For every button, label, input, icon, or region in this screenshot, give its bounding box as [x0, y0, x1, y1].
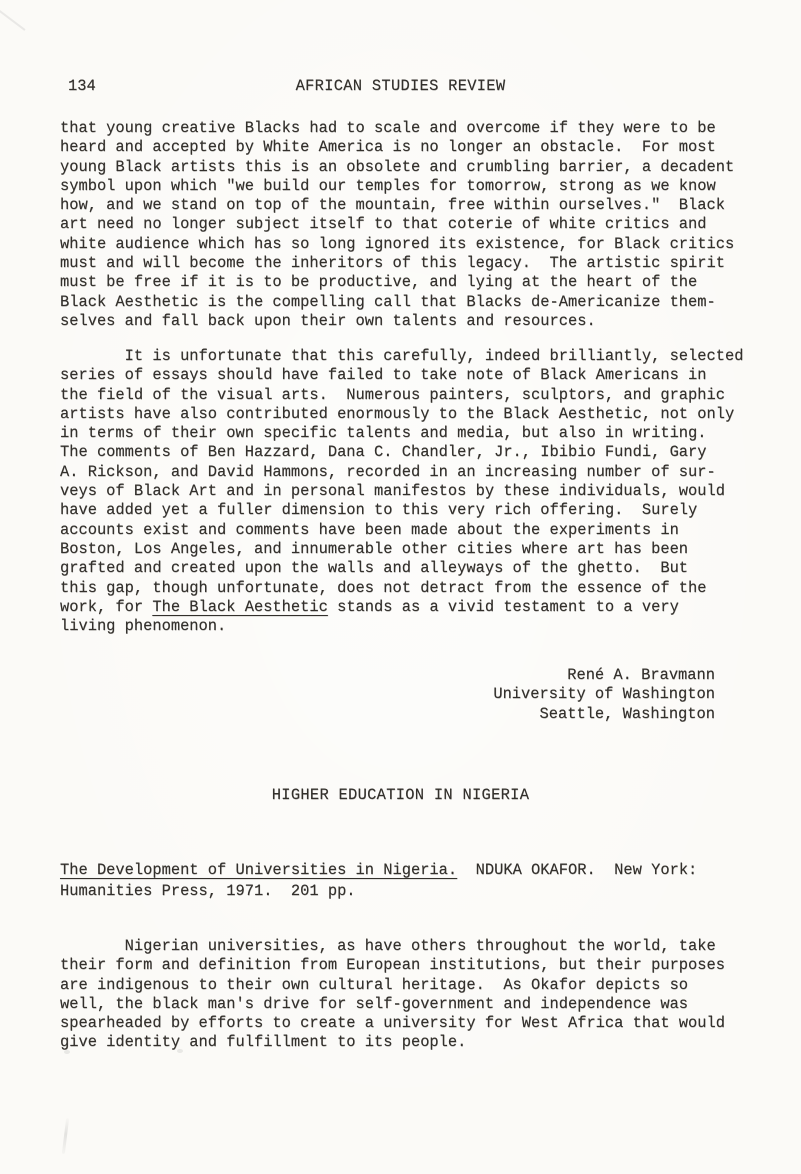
reviewer-signature: René A. Bravmann University of Washingto… — [493, 666, 715, 724]
scan-corner-mark — [0, 4, 26, 31]
review-paragraph-1: that young creative Blacks had to scale … — [60, 119, 734, 331]
review-paragraph-2-text: It is unfortunate that this carefully, i… — [60, 347, 743, 616]
scan-speck — [64, 1050, 70, 1054]
book-citation: The Development of Universities in Niger… — [60, 860, 697, 902]
cited-book-title: The Development of Universities in Niger… — [60, 861, 457, 879]
scan-speck — [177, 1049, 183, 1053]
scan-smudge — [62, 1118, 69, 1154]
journal-page-scan: 134 AFRICAN STUDIES REVIEW that young cr… — [0, 0, 801, 1174]
section-heading: HIGHER EDUCATION IN NIGERIA — [0, 786, 801, 805]
book-title-inline: The Black Aesthetic — [152, 598, 327, 616]
running-head: AFRICAN STUDIES REVIEW — [0, 77, 801, 96]
nigeria-review-paragraph-1: Nigerian universities, as have others th… — [60, 937, 725, 1053]
review-paragraph-2: It is unfortunate that this carefully, i… — [60, 347, 743, 636]
